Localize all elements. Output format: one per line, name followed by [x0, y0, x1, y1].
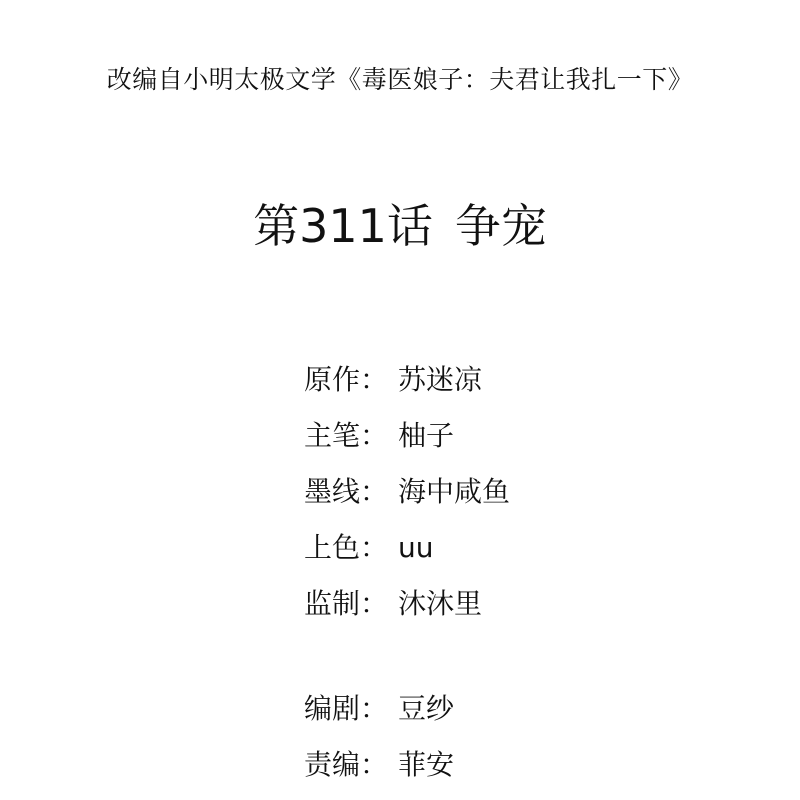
credits-list: 原作：苏迷凉 主笔：柚子 墨线：海中咸鱼 上色：uu 监制：沐沐里 [304, 358, 510, 638]
credit-name: 苏迷凉 [398, 363, 482, 396]
credit-separator: ： [360, 526, 398, 570]
credit-screenwriter: 编剧：豆纱 [304, 687, 454, 743]
credit-role: 原作 [304, 358, 360, 402]
credit-separator: ： [360, 358, 398, 402]
credit-separator: ： [360, 582, 398, 626]
credit-separator: ： [360, 470, 398, 514]
credit-separator: ： [360, 414, 398, 458]
credit-name: 柚子 [398, 419, 454, 452]
credit-role: 监制 [304, 582, 360, 626]
credit-original-author: 原作：苏迷凉 [304, 358, 510, 414]
credit-name: 菲安 [398, 748, 454, 781]
credit-name: uu [398, 531, 434, 564]
credit-name: 豆纱 [398, 692, 454, 725]
credits-list-secondary: 编剧：豆纱 责编：菲安 [304, 687, 454, 799]
credit-role: 主笔 [304, 414, 360, 458]
source-attribution: 改编自小明太极文学《毒医娘子：夫君让我扎一下》 [0, 60, 800, 100]
credit-lead-artist: 主笔：柚子 [304, 414, 510, 470]
chapter-title: 第311话争宠 [0, 196, 800, 256]
credit-role: 上色 [304, 526, 360, 570]
credit-line-art: 墨线：海中咸鱼 [304, 470, 510, 526]
credit-role: 墨线 [304, 470, 360, 514]
credit-coloring: 上色：uu [304, 526, 510, 582]
chapter-name: 争宠 [455, 199, 547, 253]
credit-editor: 责编：菲安 [304, 743, 454, 799]
credit-role: 责编 [304, 743, 360, 787]
credit-separator: ： [360, 743, 398, 787]
chapter-number: 第311话 [253, 199, 433, 253]
credit-separator: ： [360, 687, 398, 731]
credit-name: 海中咸鱼 [398, 475, 510, 508]
credit-supervisor: 监制：沐沐里 [304, 582, 510, 638]
credit-role: 编剧 [304, 687, 360, 731]
credit-name: 沐沐里 [398, 587, 482, 620]
